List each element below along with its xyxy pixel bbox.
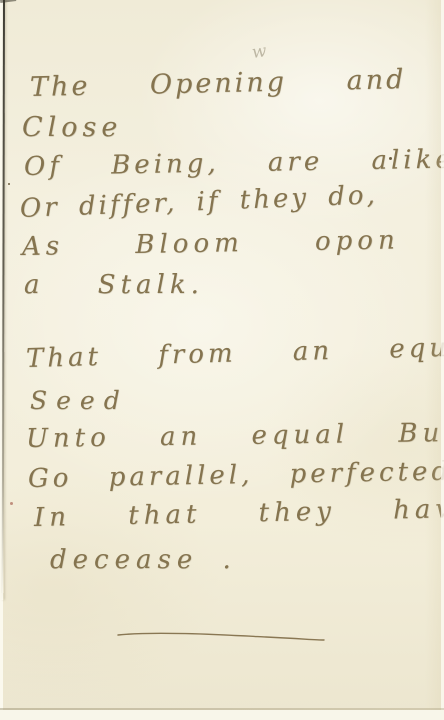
poem-line-8: Seed bbox=[30, 386, 129, 415]
poem-line-9: Unto an equal Bud bbox=[26, 418, 444, 454]
poem-line-1: The Opening and the bbox=[30, 62, 444, 103]
scan-bottom-margin bbox=[0, 710, 444, 720]
poem-line-4: Or differ, if they do, bbox=[19, 180, 378, 224]
page-edge-shadow bbox=[2, 0, 5, 600]
poem-line-5: As Bloom opon bbox=[22, 225, 400, 262]
ink-speck bbox=[8, 183, 10, 185]
page-right-shading bbox=[425, 0, 441, 720]
page-corner-crease bbox=[0, 0, 16, 3]
ink-speck bbox=[389, 157, 392, 160]
poem-line-2: Close bbox=[22, 112, 122, 143]
poem-line-3: Of Being, are alike bbox=[24, 144, 444, 182]
rule-stroke bbox=[116, 629, 326, 643]
poem-line-12: decease . bbox=[50, 545, 237, 575]
poem-line-7: That from an equal bbox=[26, 332, 444, 374]
ink-speck bbox=[10, 502, 13, 505]
manuscript-page: w The Opening and the Close Of Being, ar… bbox=[0, 0, 444, 720]
ink-rule bbox=[116, 628, 326, 642]
pencil-mark: w bbox=[251, 41, 268, 63]
poem-line-6: a Stalk. bbox=[24, 270, 204, 300]
poem-line-10: Go parallel, perfected bbox=[28, 457, 444, 494]
poem-line-11: In that they have bbox=[34, 494, 444, 533]
